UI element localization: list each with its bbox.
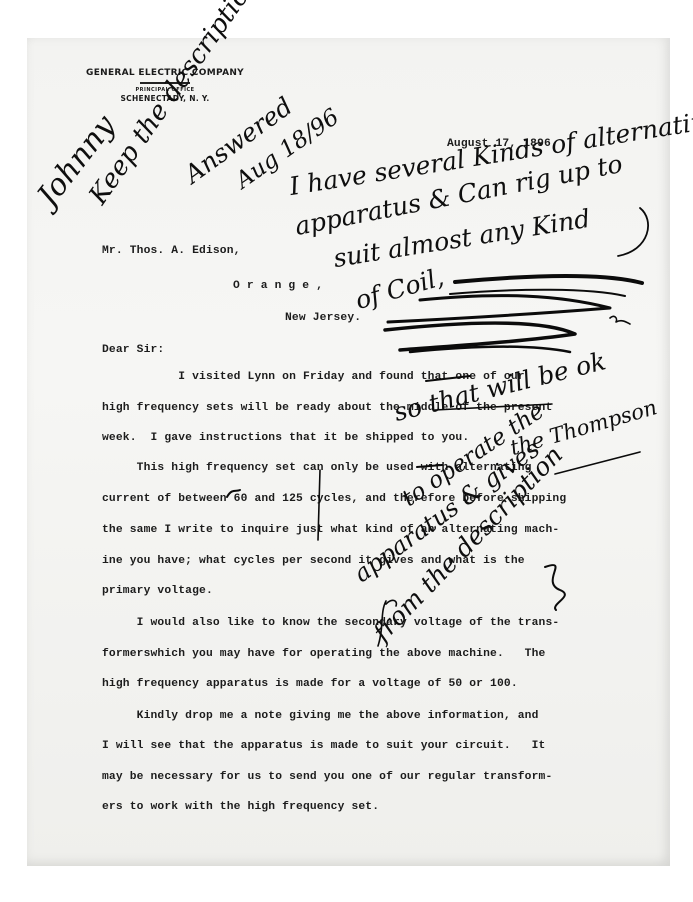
letter-body-line: primary voltage. [102, 585, 213, 597]
recipient-name: Mr. Thos. A. Edison, [102, 245, 241, 257]
letter-body-line: I will see that the apparatus is made to… [102, 740, 545, 752]
recipient-city: O r a n g e , [233, 280, 323, 292]
letter-body-line: high frequency apparatus is made for a v… [102, 678, 518, 690]
letter-body-line: ers to work with the high frequency set. [102, 801, 379, 813]
letter-body-line: formerswhich you may have for operating … [102, 648, 545, 660]
letter-body-line: week. I gave instructions that it be shi… [102, 432, 469, 444]
salutation: Dear Sir: [102, 344, 164, 356]
letter-body-line: Kindly drop me a note giving me the abov… [102, 710, 539, 722]
letter-body-line: I would also like to know the secondary … [102, 617, 559, 629]
letter-body-line: may be necessary for us to send you one … [102, 771, 552, 783]
recipient-state: New Jersey. [285, 312, 361, 324]
scanned-letter: GENERAL ELECTRIC COMPANY PRINCIPAL OFFIC… [0, 0, 693, 902]
